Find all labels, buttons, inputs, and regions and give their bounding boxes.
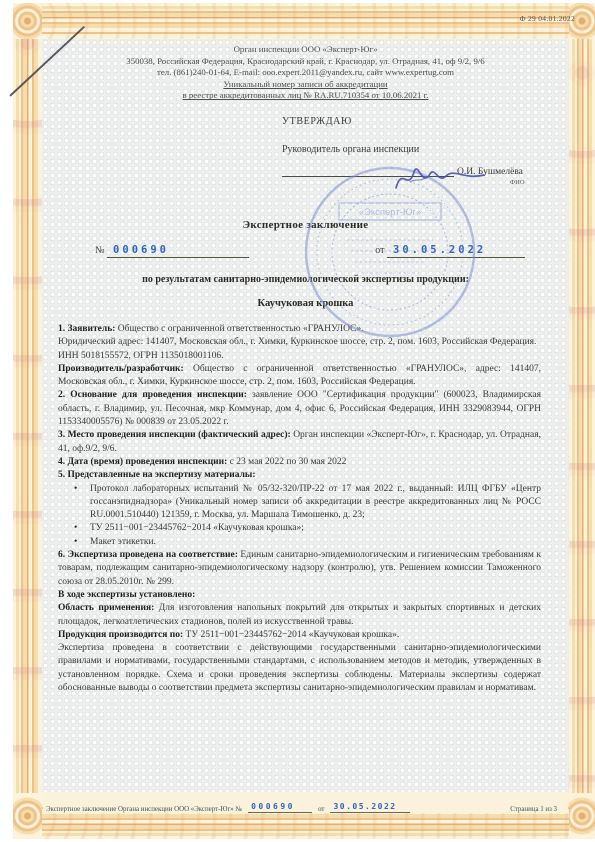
paragraph-findings-heading: В ходе экспертизы установлено: [58, 589, 541, 602]
border-corner-rosette [13, 3, 42, 39]
approval-block: УТВЕРЖДАЮ Руководитель органа инспекции … [282, 116, 568, 186]
paragraph-manufacturer: Производитель/разработчик: Общество с ог… [58, 363, 541, 390]
signature-row: О.И. Бушмелёва [282, 164, 568, 177]
letterhead: Орган инспекции ООО «Эксперт-Юг» 350038,… [42, 44, 569, 102]
accreditation-note-line1: Уникальный номер записи об аккредитации [42, 79, 569, 91]
paragraph-inspection-date: 4. Дата (время) проведения инспекции: с … [58, 456, 541, 469]
border-right-band [569, 3, 595, 839]
document-date-stamp: 30.05.2022 [393, 244, 486, 256]
list-item: •Макет этикетки. [58, 536, 541, 549]
form-code: Ф 29 04.01.2022 [520, 14, 575, 23]
bullet-marker: • [58, 522, 90, 535]
bullet-marker: • [58, 483, 90, 523]
list-item: •Протокол лабораторных испытаний № 05/32… [58, 483, 541, 523]
border-corner-rosette [569, 793, 595, 839]
paragraph-materials-heading: 5. Представленные на экспертизу материал… [58, 469, 541, 482]
approve-label: УТВЕРЖДАЮ [282, 116, 568, 127]
document-date-group: от 30.05.2022 [375, 244, 525, 258]
paragraph-legal-address: Юридический адрес: 141407, Московская об… [58, 336, 541, 349]
document-sheet: Орган инспекции ООО «Эксперт-Юг» 350038,… [42, 39, 569, 793]
document-number-group: № 000690 [95, 244, 249, 258]
border-top-band [13, 3, 595, 39]
paragraph-compliance: 6. Экспертиза проведена на соответствие:… [58, 549, 541, 589]
org-name: Орган инспекции ООО «Эксперт-Юг» [42, 44, 569, 56]
certificate-border-frame: Орган инспекции ООО «Эксперт-Юг» 350038,… [13, 3, 595, 839]
document-body: 1. Заявитель: Общество с ограниченной от… [58, 323, 541, 695]
paragraph-production-spec: Продукция производится по: ТУ 2511−001−2… [58, 629, 541, 642]
org-address: 350038, Российская Федерация, Краснодарс… [42, 56, 569, 68]
footer-date-stamp: 30.05.2022 [330, 802, 410, 813]
signer-caption: ФИО [510, 179, 568, 186]
signature-line [282, 164, 454, 177]
page-indicator: Страница 1 из 3 [510, 806, 557, 813]
materials-list: •Протокол лабораторных испытаний № 05/32… [58, 483, 541, 549]
org-contacts: тел. (861)240-01-64, E-mail: ooo.expert.… [42, 67, 569, 79]
date-prefix: от [375, 245, 384, 256]
border-left-band [13, 3, 42, 839]
number-date-row: № 000690 от 30.05.2022 [95, 244, 525, 258]
footer-label: Экспертное заключение Органа инспекции О… [46, 806, 242, 813]
paragraph-applicant: 1. Заявитель: Общество с ограниченной от… [58, 323, 541, 336]
paragraph-inspection-basis: 2. Основание для проведения инспекции: з… [58, 389, 541, 429]
document-subtitle: по результатам санитарно-эпидемиологичес… [42, 274, 569, 285]
border-corner-rosette [13, 793, 42, 839]
document-title: Экспертное заключение [42, 219, 569, 231]
bullet-marker: • [58, 536, 90, 549]
scanned-document-page: Орган инспекции ООО «Эксперт-Юг» 350038,… [0, 0, 595, 842]
accreditation-note-line2: в реестре аккредитованных лиц № RA.RU.71… [42, 90, 569, 102]
paragraph-application-area: Область применения: Для изготовления нап… [58, 602, 541, 629]
paragraph-inn-ogrn: ИНН 5018155572, ОГРН 1135018001106. [58, 350, 541, 363]
product-name: Каучуковая крошка [42, 298, 569, 309]
document-number-stamp: 000690 [113, 244, 169, 256]
page-footer: Экспертное заключение Органа инспекции О… [46, 802, 557, 813]
approver-name: О.И. Бушмелёва [457, 167, 523, 177]
paragraph-conclusion: Экспертиза проведена в соответствии с де… [58, 642, 541, 695]
list-item: •ТУ 2511−001−23445762−2014 «Каучуковая к… [58, 522, 541, 535]
number-prefix: № [95, 245, 105, 256]
approver-position: Руководитель органа инспекции [282, 144, 568, 155]
paragraph-inspection-place: 3. Место проведения инспекции (фактическ… [58, 429, 541, 456]
footer-date-prefix: от [318, 806, 324, 813]
footer-number-stamp: 000690 [248, 802, 312, 813]
